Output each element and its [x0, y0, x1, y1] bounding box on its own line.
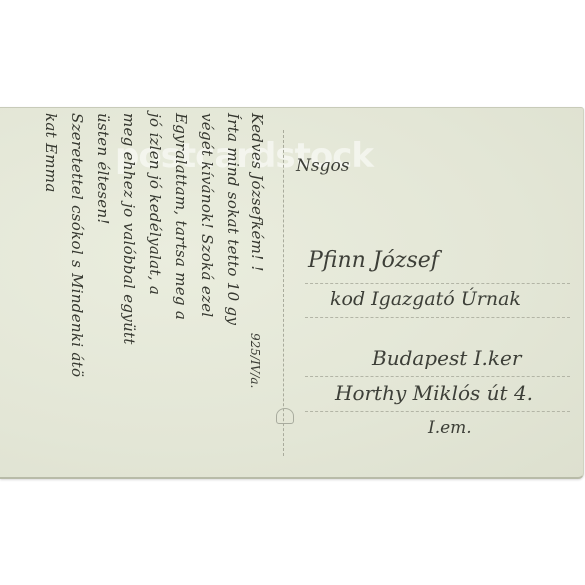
message-line: Szeretettel csókol s Mindenki átö — [68, 113, 86, 377]
recipient-title: kod Igazgató Úrnak — [330, 288, 521, 310]
recipient-name: Pfinn József — [308, 248, 439, 273]
address-line — [305, 317, 570, 318]
city: Budapest I.ker — [372, 346, 521, 370]
message-line: végét kívánok! Szoká ezel — [198, 113, 216, 317]
divider-line — [283, 130, 284, 456]
street: Horthy Miklós út 4. — [335, 381, 533, 405]
salutation: Nsgos — [296, 156, 349, 176]
floor: I.em. — [428, 418, 472, 438]
message-line: meg ehhez jo valóbbal együtt — [120, 113, 138, 345]
message-line: Írta mind sokat tetto 10 gy — [224, 113, 242, 325]
message-line: jó ízlen jó kedélyalat, a — [146, 113, 164, 295]
message-line: Kedves Józsefkém! ! — [248, 113, 266, 272]
postcard-back: postcardstock Kedves Józsefkém! ! Írta m… — [0, 107, 584, 479]
message-line: üsten éltesen! — [94, 113, 112, 225]
message-line: Egyralattam, tartsa meg a — [172, 113, 190, 320]
handwritten-message: Kedves Józsefkém! ! Írta mind sokat tett… — [10, 113, 280, 473]
publisher-logo-icon — [276, 408, 294, 424]
address-line — [305, 376, 570, 377]
address-line — [305, 411, 570, 412]
address-line — [305, 283, 570, 284]
message-line: kat Emma — [42, 113, 60, 193]
date: 925/IV/a. — [248, 333, 262, 388]
